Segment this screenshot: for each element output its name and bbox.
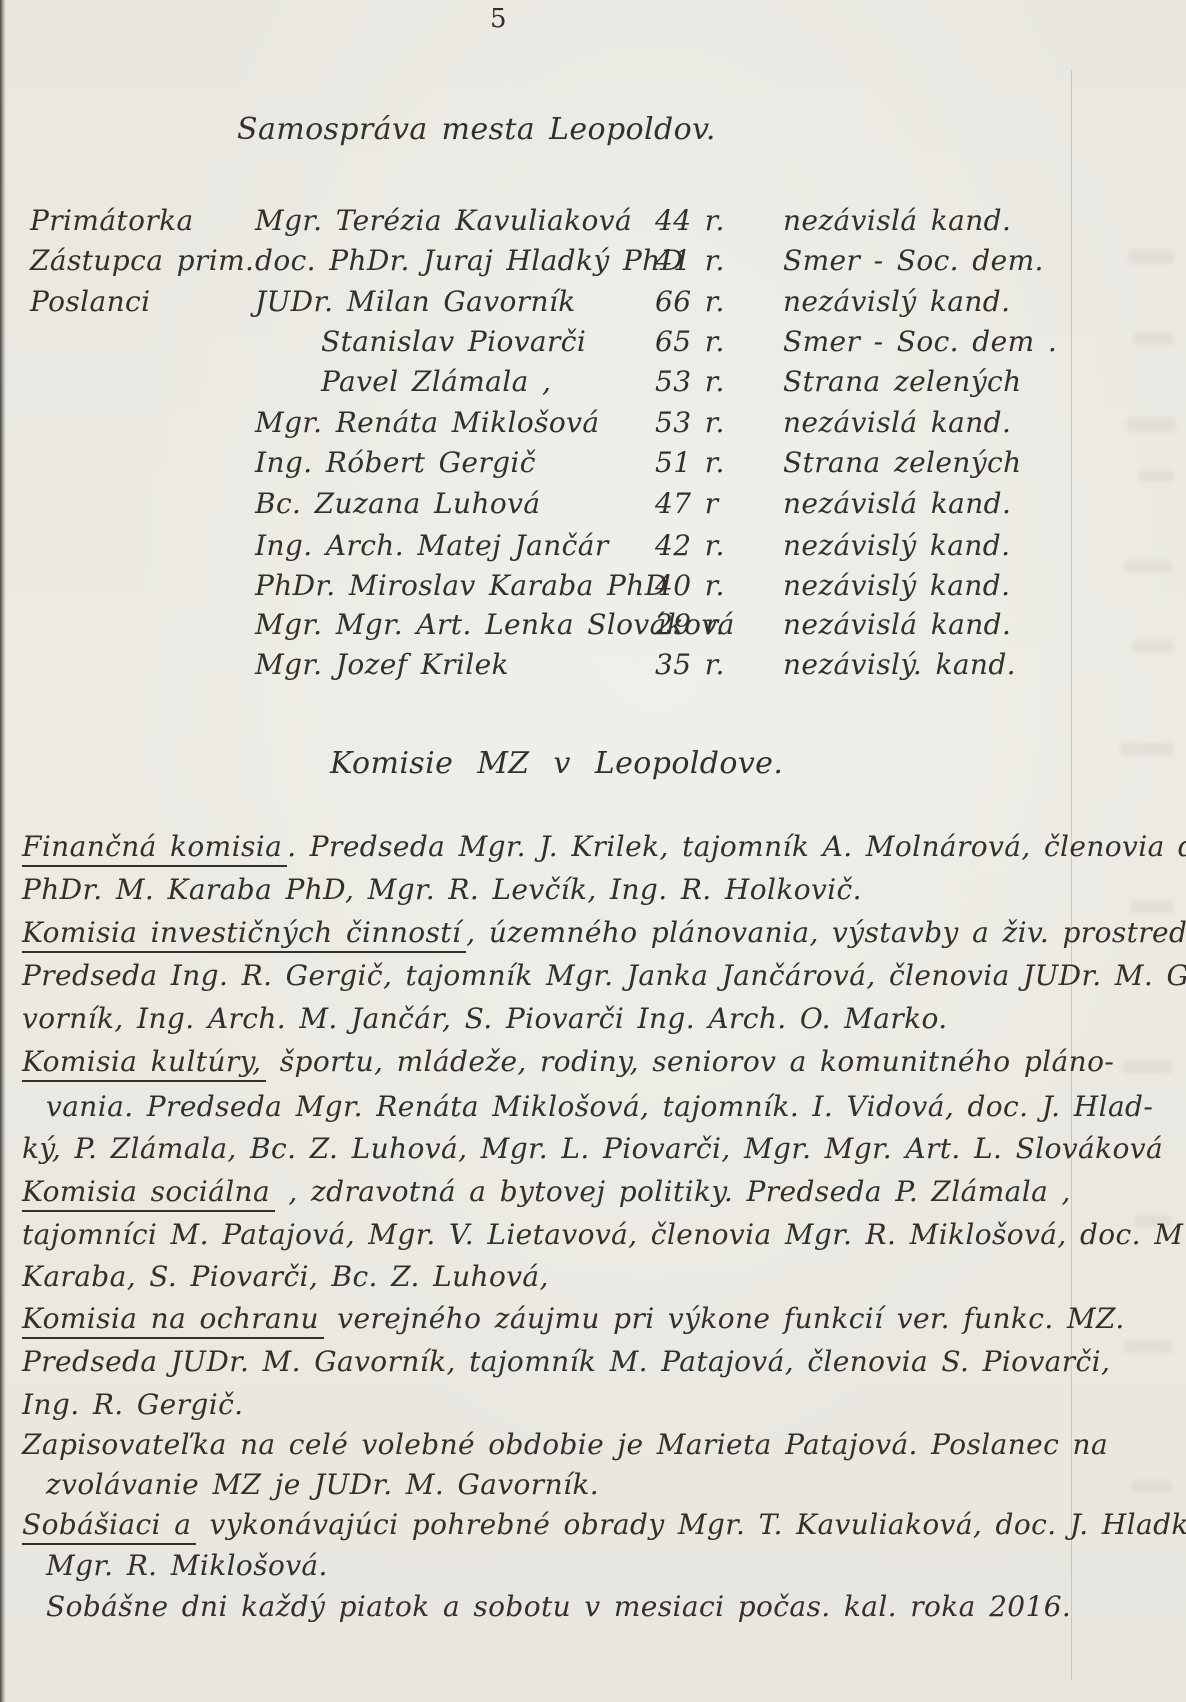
official-name: doc. PhDr. Juraj Hladký PhD [255,244,655,277]
official-row: Ing. Róbert Gergič 51 r. Strana zelených [30,446,1160,479]
official-role: Primátorka [30,204,255,237]
official-age: 51 r. [655,446,783,479]
text-line: Ing. R. Gergič. [22,1388,243,1421]
text-line: Komisia na ochranu verejného záujmu pri … [22,1302,1125,1335]
official-name: JUDr. Milan Gavorník [255,285,655,318]
text: , zdravotná a bytovej politiky. Predseda… [275,1175,1071,1208]
official-role [30,529,255,562]
official-age: 65 r. [655,325,783,358]
text-line: Karaba, S. Piovarči, Bc. Z. Luhová, [22,1260,549,1293]
text-line: Finančná komisia. Predseda Mgr. J. Krile… [22,830,1186,863]
page-number: 5 [490,4,507,34]
text-line: Predseda JUDr. M. Gavorník, tajomník M. … [22,1345,1110,1378]
official-row: Ing. Arch. Matej Jančár 42 r. nezávislý … [30,529,1160,562]
text: zvolávanie MZ je JUDr. M. Gavorník. [46,1468,599,1501]
official-role [30,325,255,358]
official-name: PhDr. Miroslav Karaba PhD [255,569,655,602]
text-line: tajomníci M. Patajová, Mgr. V. Lietavová… [22,1218,1186,1251]
official-role [30,569,255,602]
underlined-heading: Finančná komisia [22,830,287,867]
official-age: 44 r. [655,204,783,237]
official-role [30,446,255,479]
text: športu, mládeže, rodiny, seniorov a komu… [266,1045,1114,1078]
official-age: 53 r. [655,406,783,439]
official-row: PhDr. Miroslav Karaba PhD 40 r. nezávisl… [30,569,1160,602]
official-age: 40 r. [655,569,783,602]
underlined-heading: Komisia na ochranu [22,1302,324,1339]
official-name: Mgr. Jozef Krilek [255,648,655,681]
official-row: Poslanci JUDr. Milan Gavorník 66 r. nezá… [30,285,1160,318]
official-name: Stanislav Piovarči [255,325,655,358]
official-row: Stanislav Piovarči 65 r. Smer - Soc. dem… [30,325,1160,358]
official-age: 53 r. [655,365,783,398]
text: Ing. R. Gergič. [22,1388,243,1421]
text-line: Mgr. R. Miklošová. [22,1549,328,1582]
official-party: nezávislý kand. [783,529,1160,562]
official-name: Pavel Zlámala , [255,365,655,398]
official-role [30,365,255,398]
scan-left-edge-shadow [0,0,6,1702]
text: vania. Predseda Mgr. Renáta Miklošová, t… [46,1090,1153,1123]
text: Predseda JUDr. M. Gavorník, tajomník M. … [22,1345,1110,1378]
official-party: Strana zelených [783,365,1160,398]
text-line: zvolávanie MZ je JUDr. M. Gavorník. [22,1468,599,1501]
section-title-komisie: Komisie MZ v Leopoldove. [330,746,783,781]
official-role [30,406,255,439]
official-name: Ing. Arch. Matej Jančár [255,529,655,562]
official-name: Mgr. Renáta Miklošová [255,406,655,439]
official-name: Ing. Róbert Gergič [255,446,655,479]
official-age: 42 r. [655,529,783,562]
official-party: nezávislý kand. [783,285,1160,318]
official-row: Mgr. Mgr. Art. Lenka Slováková 29 r. nez… [30,608,1160,641]
text: ký, P. Zlámala, Bc. Z. Luhová, Mgr. L. P… [22,1132,1163,1165]
official-row: Mgr. Renáta Miklošová 53 r. nezávislá ka… [30,406,1160,439]
official-party: Smer - Soc. dem. [783,244,1160,277]
underlined-heading: Komisia kultúry, [22,1045,266,1082]
official-name: Mgr. Mgr. Art. Lenka Slováková [255,608,655,641]
official-age: 66 r. [655,285,783,318]
official-row: Pavel Zlámala , 53 r. Strana zelených [30,365,1160,398]
official-role [30,648,255,681]
underlined-heading: Komisia sociálna [22,1175,275,1212]
text: Sobášne dni každý piatok a sobotu v mesi… [46,1590,1071,1623]
text-line: Sobášne dni každý piatok a sobotu v mesi… [22,1590,1071,1623]
official-role: Poslanci [30,285,255,318]
official-role [30,608,255,641]
official-party: nezávislá kand. [783,608,1160,641]
text-line: Komisia sociálna , zdravotná a bytovej p… [22,1175,1071,1208]
chronicle-page: 5 Samospráva mesta Leopoldov. Primátorka… [0,0,1186,1702]
official-party: Smer - Soc. dem . [783,325,1160,358]
text: , územného plánovania, výstavby a živ. p… [466,916,1186,949]
text-line: Sobášiaci a vykonávajúci pohrebné obrady… [22,1508,1186,1541]
official-party: nezávislý. kand. [783,648,1160,681]
underlined-heading: Sobášiaci a [22,1508,196,1545]
official-party: nezávislá kand. [783,204,1160,237]
section-title-samosprava: Samospráva mesta Leopoldov. [237,112,716,147]
text-line: Zapisovateľka na celé volebné obdobie je… [22,1428,1108,1461]
text-line: vania. Predseda Mgr. Renáta Miklošová, t… [22,1090,1153,1123]
official-age: 41 r. [655,244,783,277]
official-age: 29 r. [655,608,783,641]
text: verejného záujmu pri výkone funkcií ver.… [324,1302,1125,1335]
official-row: Primátorka Mgr. Terézia Kavuliaková 44 r… [30,204,1160,237]
official-name: Mgr. Terézia Kavuliaková [255,204,655,237]
official-party: nezávislý kand. [783,569,1160,602]
text-line: vorník, Ing. Arch. M. Jančár, S. Piovarč… [22,1002,948,1035]
text-line: PhDr. M. Karaba PhD, Mgr. R. Levčík, Ing… [22,873,862,906]
text: vorník, Ing. Arch. M. Jančár, S. Piovarč… [22,1002,948,1035]
text: Predseda Ing. R. Gergič, tajomník Mgr. J… [22,959,1186,992]
text: Zapisovateľka na celé volebné obdobie je… [22,1428,1108,1461]
official-party: nezávislá kand. [783,487,1160,520]
official-party: nezávislá kand. [783,406,1160,439]
text: . Predseda Mgr. J. Krilek, tajomník A. M… [287,830,1186,863]
text: PhDr. M. Karaba PhD, Mgr. R. Levčík, Ing… [22,873,862,906]
official-row: Zástupca prim. doc. PhDr. Juraj Hladký P… [30,244,1160,277]
text: Karaba, S. Piovarči, Bc. Z. Luhová, [22,1260,549,1293]
text: Mgr. R. Miklošová. [46,1549,328,1582]
official-age: 47 r [655,487,783,520]
text-line: Komisia investičných činností, územného … [22,916,1186,949]
official-role [30,487,255,520]
official-role: Zástupca prim. [30,244,255,277]
text: vykonávajúci pohrebné obrady Mgr. T. Kav… [196,1508,1186,1541]
text: tajomníci M. Patajová, Mgr. V. Lietavová… [22,1218,1186,1251]
text-line: Predseda Ing. R. Gergič, tajomník Mgr. J… [22,959,1186,992]
text-line: Komisia kultúry, športu, mládeže, rodiny… [22,1045,1114,1078]
text-line: ký, P. Zlámala, Bc. Z. Luhová, Mgr. L. P… [22,1132,1163,1165]
official-party: Strana zelených [783,446,1160,479]
official-age: 35 r. [655,648,783,681]
underlined-heading: Komisia investičných činností [22,916,466,953]
official-row: Mgr. Jozef Krilek 35 r. nezávislý. kand. [30,648,1160,681]
official-name: Bc. Zuzana Luhová [255,487,655,520]
official-row: Bc. Zuzana Luhová 47 r nezávislá kand. [30,487,1160,520]
